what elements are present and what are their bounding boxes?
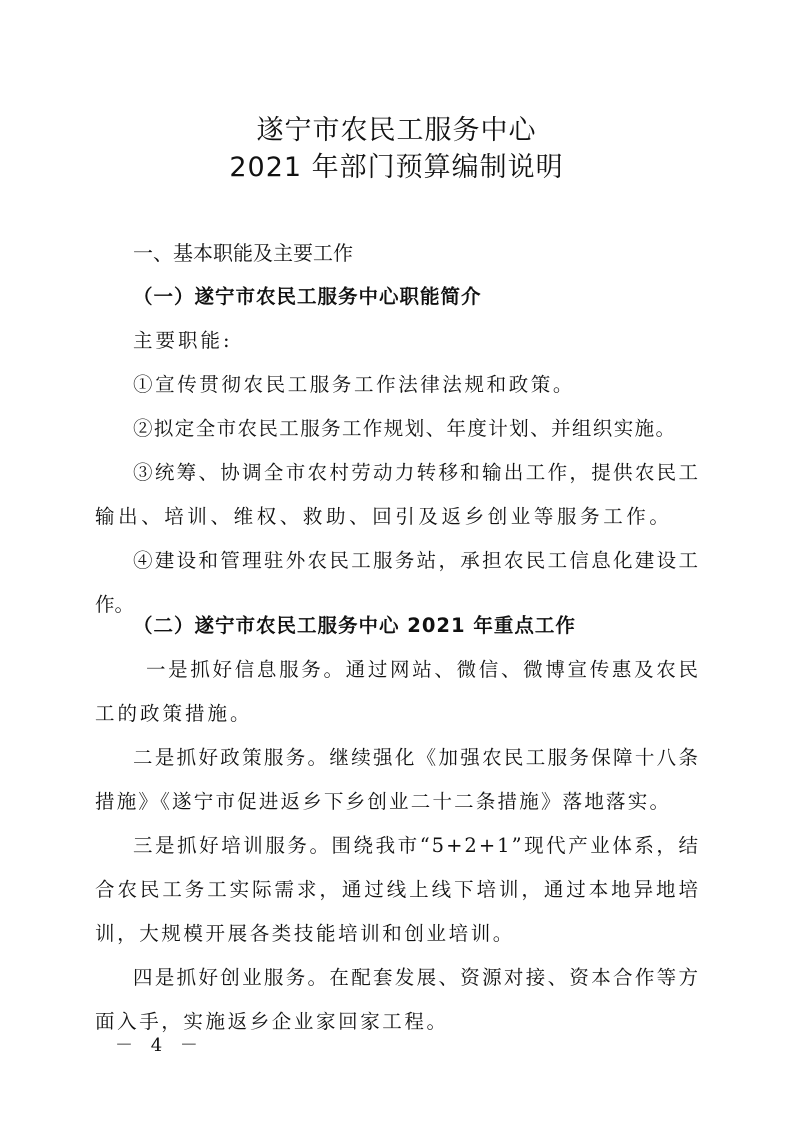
subsection-heading-key-work-2021: （二）遂宁市农民工服务中心 2021 年重点工作	[133, 610, 576, 638]
paragraph-work-4-line2: 面入手，实施返乡企业家回家工程。	[95, 1006, 449, 1034]
paragraph-work-4-line1: 四是抓好创业服务。在配套发展、资源对接、资本合作等方	[133, 962, 700, 990]
paragraph-work-3-line1: 三是抓好培训服务。围绕我市“5+2+1”现代产业体系，结	[133, 830, 700, 858]
paragraph-function-3-line2: 输出、培训、维权、救助、回引及返乡创业等服务工作。	[95, 501, 673, 529]
paragraph-function-2: ②拟定全市农民工服务工作规划、年度计划、并组织实施。	[133, 413, 676, 441]
paragraph-work-1-line1: 一是抓好信息服务。通过网站、微信、微博宣传惠及农民	[146, 654, 700, 682]
document-title-line2: 2021 年部门预算编制说明	[0, 145, 793, 184]
section-heading-basic-functions: 一、基本职能及主要工作	[133, 237, 353, 266]
paragraph-work-2-line1: 二是抓好政策服务。继续强化《加强农民工服务保障十八条	[133, 742, 700, 770]
paragraph-intro: 主要职能:	[133, 325, 233, 353]
subsection-heading-functions-intro: （一）遂宁市农民工服务中心职能简介	[133, 281, 482, 309]
paragraph-work-3-line2: 合农民工务工实际需求，通过线上线下培训，通过本地异地培	[95, 874, 700, 902]
paragraph-function-3-line1: ③统筹、协调全市农村劳动力转移和输出工作，提供农民工	[133, 457, 700, 485]
document-title-line1: 遂宁市农民工服务中心	[0, 108, 793, 147]
paragraph-work-1-line2: 工的政策措施。	[95, 698, 253, 726]
paragraph-work-3-line3: 训，大规模开展各类技能培训和创业培训。	[95, 918, 515, 946]
paragraph-function-1: ①宣传贯彻农民工服务工作法律法规和政策。	[133, 369, 575, 397]
paragraph-function-4-line2: 作。	[95, 589, 134, 617]
paragraph-function-4-line1: ④建设和管理驻外农民工服务站，承担农民工信息化建设工	[133, 545, 700, 573]
page-number: － 4 －	[115, 1031, 204, 1057]
paragraph-work-2-line2: 措施》《遂宁市促进返乡下乡创业二十二条措施》落地落实。	[95, 786, 671, 814]
